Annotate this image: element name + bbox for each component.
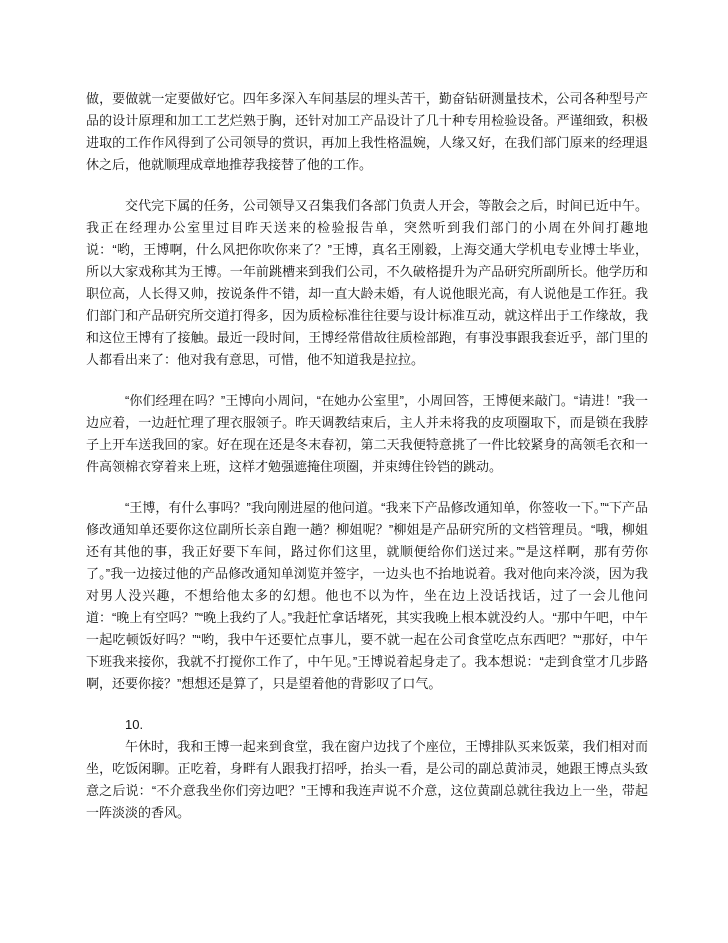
paragraph: “你们经理在吗？”王博向小周问，“在她办公室里”，小周回答，王博便来敲门。“请进…	[86, 390, 648, 478]
document-page: 做，要做就一定要做好它。四年多深入车间基层的埋头苦干，勤奋钻研测量技术，公司各种…	[0, 0, 728, 943]
paragraph: 交代完下属的任务，公司领导又召集我们各部门负责人开会，等散会之后，时间已近中午。…	[86, 195, 648, 371]
paragraph: 午休时，我和王博一起来到食堂，我在窗户边找了个座位，王博排队买来饭菜，我们相对而…	[86, 736, 648, 824]
paragraph: “王博，有什么事吗？”我向刚进屋的他问道。“我来下产品修改通知单，你签收一下。”…	[86, 497, 648, 695]
document-body: 做，要做就一定要做好它。四年多深入车间基层的埋头苦干，勤奋钻研测量技术，公司各种…	[86, 88, 648, 843]
section-number: 10.	[86, 714, 648, 736]
paragraph: 做，要做就一定要做好它。四年多深入车间基层的埋头苦干，勤奋钻研测量技术，公司各种…	[86, 88, 648, 176]
